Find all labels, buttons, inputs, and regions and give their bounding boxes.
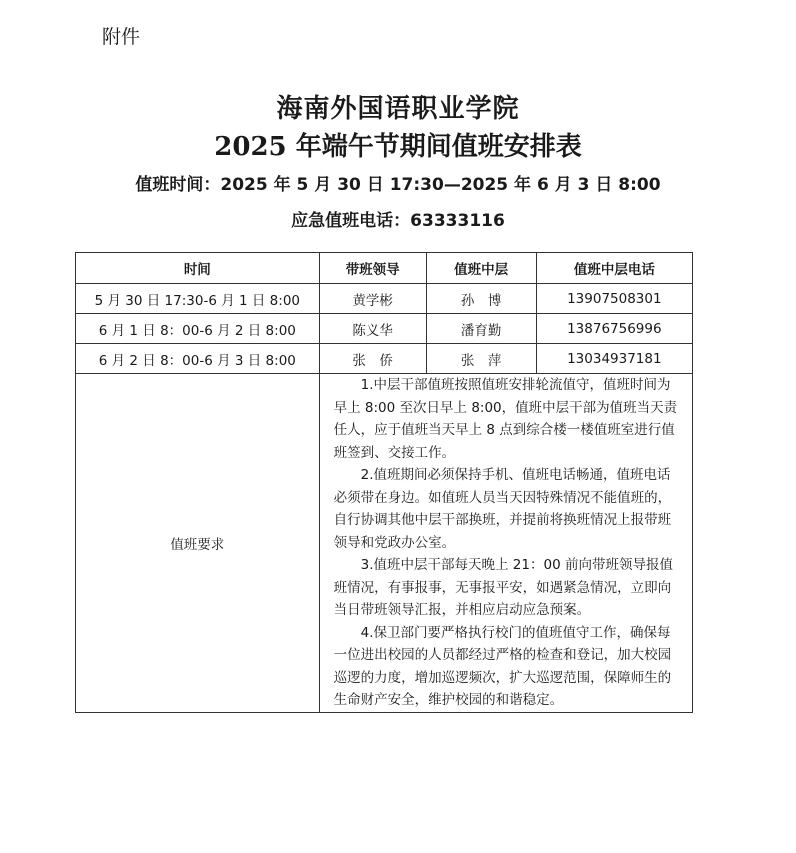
requirement-item: 4.保卫部门要严格执行校门的值班值守工作，确保每一位进出校园的人员都经过严格的检… [334,622,678,712]
cell-phone: 13876756996 [536,314,692,344]
cell-time: 6 月 1 日 8：00-6 月 2 日 8:00 [76,314,320,344]
emergency-phone: 应急值班电话：63333116 [0,206,796,231]
cell-phone: 13034937181 [536,344,692,374]
duty-schedule-table: 时间 带班领导 值班中层 值班中层电话 5 月 30 日 17:30-6 月 1… [75,252,693,713]
cell-leader: 黄学彬 [319,284,426,314]
header-leader: 带班领导 [319,253,426,284]
cell-time: 6 月 2 日 8：00-6 月 3 日 8:00 [76,344,320,374]
cell-middle: 孙 博 [426,284,536,314]
document-title-line2: 2025 年端午节期间值班安排表 [0,126,796,163]
header-time: 时间 [76,253,320,284]
requirement-item: 3.值班中层干部每天晚上 21：00 前向带班领导报值班情况，有事报事，无事报平… [334,554,678,622]
cell-middle: 张 萍 [426,344,536,374]
requirement-item: 1.中层干部值班按照值班安排轮流值守，值班时间为早上 8:00 至次日早上 8:… [334,374,678,464]
table-row: 5 月 30 日 17:30-6 月 1 日 8:00 黄学彬 孙 博 1390… [76,284,693,314]
requirements-label: 值班要求 [76,374,320,713]
cell-phone: 13907508301 [536,284,692,314]
requirements-row: 值班要求 1.中层干部值班按照值班安排轮流值守，值班时间为早上 8:00 至次日… [76,374,693,713]
cell-middle: 潘育勤 [426,314,536,344]
header-phone: 值班中层电话 [536,253,692,284]
cell-leader: 张 侨 [319,344,426,374]
requirements-body: 1.中层干部值班按照值班安排轮流值守，值班时间为早上 8:00 至次日早上 8:… [319,374,692,713]
cell-time: 5 月 30 日 17:30-6 月 1 日 8:00 [76,284,320,314]
table-row: 6 月 2 日 8：00-6 月 3 日 8:00 张 侨 张 萍 130349… [76,344,693,374]
table-header-row: 时间 带班领导 值班中层 值班中层电话 [76,253,693,284]
document-title-line1: 海南外国语职业学院 [0,88,796,125]
cell-leader: 陈义华 [319,314,426,344]
table-row: 6 月 1 日 8：00-6 月 2 日 8:00 陈义华 潘育勤 138767… [76,314,693,344]
header-middle: 值班中层 [426,253,536,284]
duty-period: 值班时间：2025 年 5 月 30 日 17:30—2025 年 6 月 3 … [0,170,796,195]
requirement-item: 2.值班期间必须保持手机、值班电话畅通，值班电话必须带在身边。如值班人员当天因特… [334,464,678,554]
attachment-label: 附件 [102,22,140,49]
